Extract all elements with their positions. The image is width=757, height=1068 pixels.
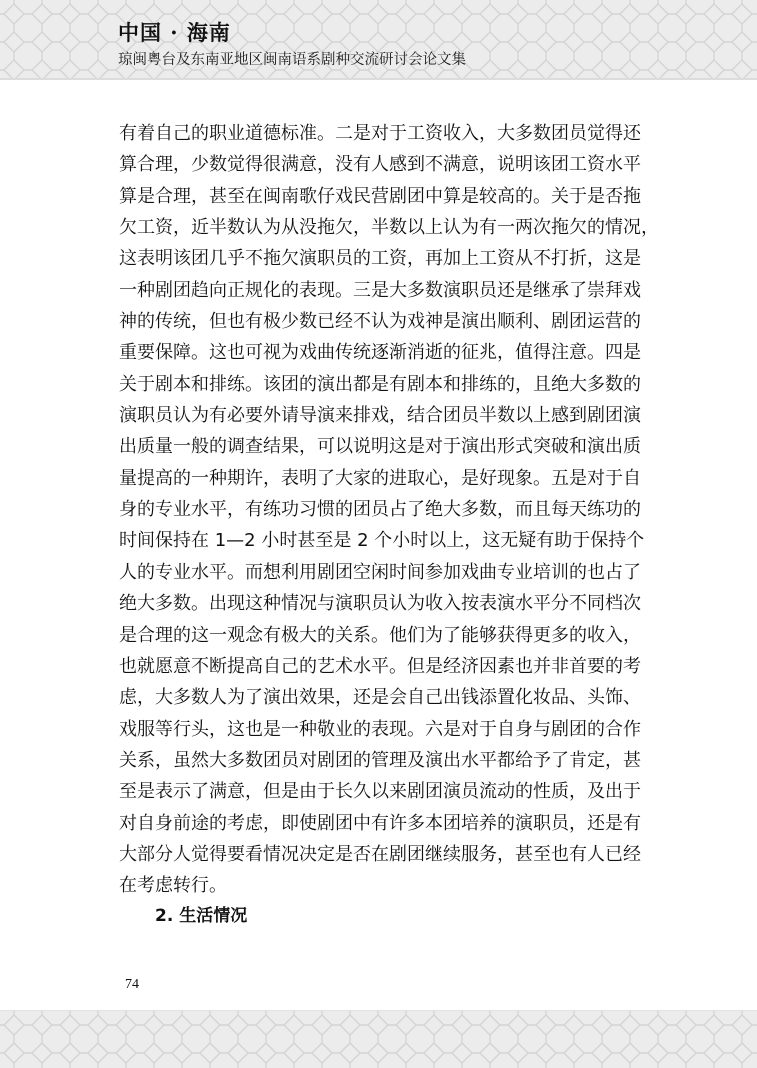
text-line: 大部分人觉得要看情况决定是否在剧团继续服务，甚至也有人已经 [119, 839, 641, 870]
footer-band [0, 1010, 757, 1068]
text-line: 有着自己的职业道德标准。二是对于工资收入，大多数团员觉得还 [119, 118, 641, 149]
text-line: 神的传统，但也有极少数已经不认为戏神是演出顺利、剧团运营的 [119, 306, 641, 337]
text-line: 虑，大多数人为了演出效果，还是会自己出钱添置化妆品、头饰、 [119, 682, 641, 713]
text-line: 重要保障。这也可视为戏曲传统逐渐消逝的征兆，值得注意。四是 [119, 337, 641, 368]
text-line: 量提高的一种期许，表明了大家的进取心，是好现象。五是对于自 [119, 463, 641, 494]
page-number: 74 [125, 975, 139, 995]
text-line: 也就愿意不断提高自己的艺术水平。但是经济因素也并非首要的考 [119, 651, 641, 682]
text-line: 人的专业水平。而想利用剧团空闲时间参加戏曲专业培训的也占了 [119, 557, 641, 588]
text-line: 这表明该团几乎不拖欠演职员的工资，再加上工资从不打折，这是 [119, 243, 641, 274]
text-line: 算是合理，甚至在闽南歌仔戏民营剧团中算是较高的。关于是否拖 [119, 181, 641, 212]
header-band: 中国 · 海南 琼闽粤台及东南亚地区闽南语系剧种交流研讨会论文集 [0, 0, 757, 80]
text-line: 戏服等行头，这也是一种敬业的表现。六是对于自身与剧团的合作 [119, 714, 641, 745]
text-line: 演职员认为有必要外请导演来排戏，结合团员半数以上感到剧团演 [119, 400, 641, 431]
section-heading: 2. 生活情况 [155, 903, 247, 929]
text-line: 身的专业水平，有练功习惯的团员占了绝大多数，而且每天练功的 [119, 494, 641, 525]
text-line: 算合理，少数觉得很满意，没有人感到不满意，说明该团工资水平 [119, 149, 641, 180]
text-line: 关系，虽然大多数团员对剧团的管理及演出水平都给予了肯定，甚 [119, 745, 641, 776]
text-line: 是合理的这一观念有极大的关系。他们为了能够获得更多的收入， [119, 620, 641, 651]
text-line: 欠工资，近半数认为从没拖欠，半数以上认为有一两次拖欠的情况， [119, 212, 641, 243]
text-line: 一种剧团趋向正规化的表现。三是大多数演职员还是继承了崇拜戏 [119, 275, 641, 306]
text-line: 绝大多数。出现这种情况与演职员认为收入按表演水平分不同档次 [119, 588, 641, 619]
text-line: 时间保持在 1—2 小时甚至是 2 个小时以上，这无疑有助于保持个 [119, 525, 641, 556]
book-subtitle: 琼闽粤台及东南亚地区闽南语系剧种交流研讨会论文集 [118, 50, 466, 70]
text-line: 至是表示了满意，但是由于长久以来剧团演员流动的性质，及出于 [119, 776, 641, 807]
book-series-title: 中国 · 海南 [118, 20, 231, 46]
text-line: 对自身前途的考虑，即使剧团中有许多本团培养的演职员，还是有 [119, 808, 641, 839]
text-line: 关于剧本和排练。该团的演出都是有剧本和排练的，且绝大多数的 [119, 369, 641, 400]
body-paragraph: 有着自己的职业道德标准。二是对于工资收入，大多数团员觉得还 算合理，少数觉得很满… [119, 118, 641, 902]
text-line: 在考虑转行。 [119, 870, 641, 901]
text-line: 出质量一般的调查结果，可以说明这是对于演出形式突破和演出质 [119, 431, 641, 462]
